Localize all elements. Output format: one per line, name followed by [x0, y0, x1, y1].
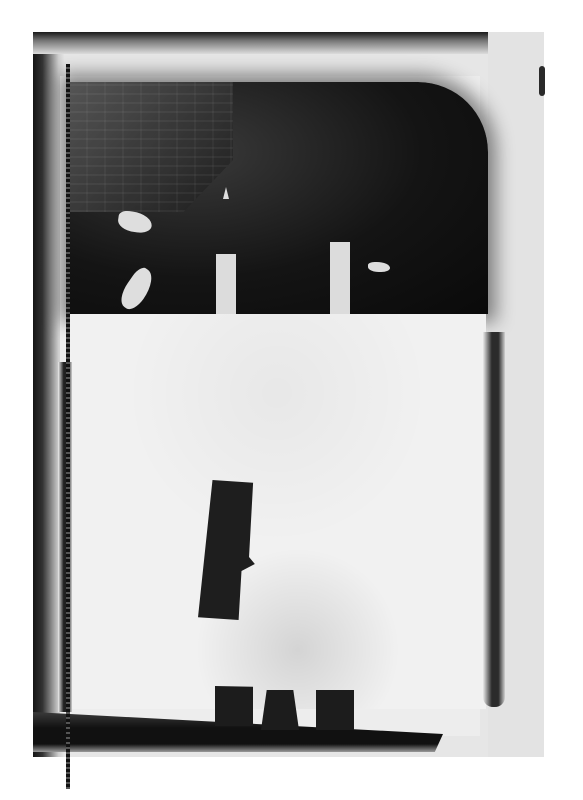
- light-patch: [223, 187, 229, 199]
- photograph: [33, 32, 488, 757]
- white-post-left: [216, 254, 236, 314]
- white-board: [68, 314, 486, 709]
- light-patch: [368, 262, 390, 272]
- dark-background-scene: [68, 82, 488, 314]
- clip: [261, 690, 299, 730]
- top-border-shadow: [33, 32, 488, 54]
- clip: [215, 686, 253, 726]
- torn-edge: [66, 64, 70, 789]
- white-post-right: [330, 242, 350, 314]
- right-edge-mark: [539, 66, 545, 96]
- light-patch: [115, 265, 158, 314]
- light-patch: [117, 210, 153, 235]
- brick-wall: [68, 82, 233, 212]
- clip: [316, 690, 354, 730]
- board-right-shadow: [483, 332, 505, 707]
